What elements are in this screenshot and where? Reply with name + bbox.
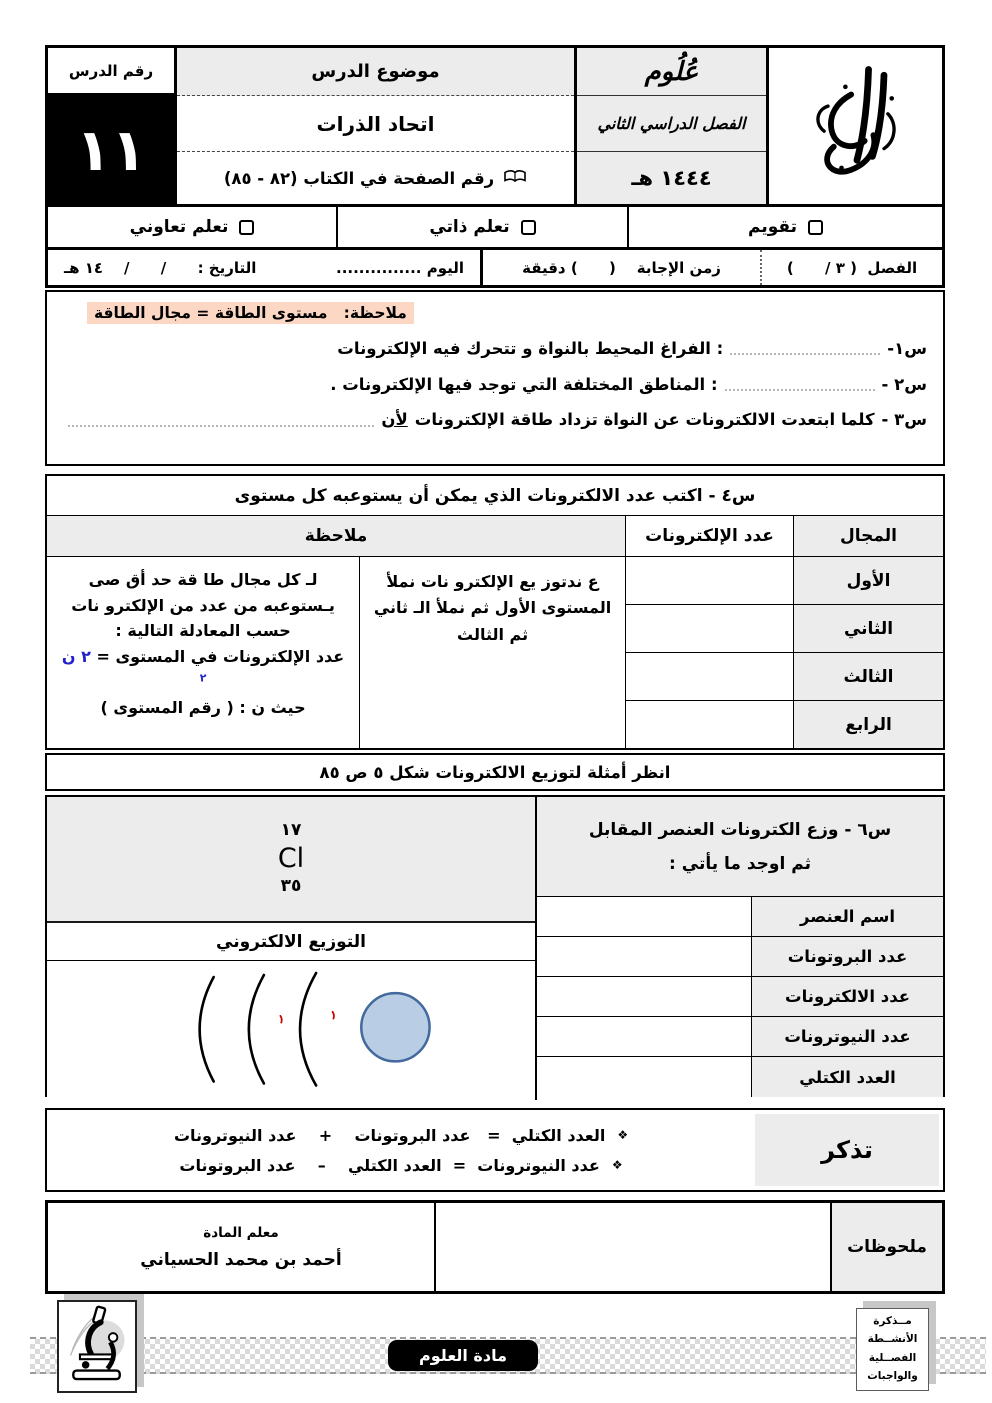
questions-box: ملاحظة: مستوى الطاقة = مجال الطاقة س١- :… [45,290,945,466]
q3-answer-blank[interactable] [68,414,374,427]
teacher-name: أحمد بن محمد الحسياني [140,1250,341,1270]
remember-line-1: ❖ العدد الكتلي = عدد البروتونات + عدد ال… [47,1126,755,1145]
red-mark-1 [332,1011,334,1019]
q6-row-element-name: اسم العنصر [537,897,943,937]
q4-header-note: ملاحظة [47,516,625,556]
subject-name: عُلُوم [577,48,766,96]
q4-electrons-cell-1[interactable] [625,556,793,604]
cooperative-learning-checkbox[interactable] [239,220,254,235]
q3-label: س٣ - [882,410,927,429]
answer-time-field[interactable]: زمن الإجابة ( ) دقيقة [480,250,760,285]
day-field[interactable]: اليوم ............... [336,259,464,277]
q6-electrons-cell[interactable] [537,977,751,1016]
mode-self-learning: تعلم ذاتي [336,207,627,247]
info-row: الفصل ( ٣ / ) زمن الإجابة ( ) دقيقة اليو… [45,247,945,288]
q1-text: : الفراغ المحيط بالنواة و تتحرك فيه الإل… [337,339,723,358]
self-learning-label: تعلم ذاتي [429,217,509,237]
page-ref-text: رقم الصفحة في الكتاب (٨٢ - ٨٥) [224,169,494,188]
q6-row-electrons: عدد الالكترونات [537,977,943,1017]
remember-box: تذكر ❖ العدد الكتلي = عدد البروتونات + ع… [45,1108,945,1192]
page-ref-row: رقم الصفحة في الكتاب (٨٢ - ٨٥) [177,152,574,204]
self-learning-checkbox[interactable] [521,220,536,235]
q6-element-name-cell[interactable] [537,897,751,936]
q6-right-column: س٦ - وزع الكترونات العنصر المقابل ثم اوج… [535,797,943,1100]
evaluation-label: تقويم [748,217,797,237]
question-1: س١- : الفراغ المحيط بالنواة و تتحرك فيه … [61,339,927,358]
shell-arc-1 [300,973,316,1085]
q4-header-level: المجال [793,516,943,556]
teacher-label: معلم المادة [203,1225,279,1241]
q2-answer-blank[interactable] [725,378,875,391]
lesson-number-column: رقم الدرس ١١ [48,48,174,204]
microscope-box [57,1300,137,1393]
remember-line-2: ❖ عدد النيوترونات = العدد الكتلي – عدد ا… [47,1156,755,1175]
memo-line: الفصــلية [857,1349,928,1367]
header-table: عُلُوم الفصل الدراسي الثاني ١٤٤٤ هـ موضو… [45,45,945,207]
atom-shells-drawing [47,961,535,1100]
element-symbol: Cl [278,843,304,875]
q6-title-line1: س٦ - وزع الكترونات العنصر المقابل [589,813,891,847]
school-logo-calligraphy-icon [781,54,931,198]
q6-left-column: ١٧ Cl ٣٥ التوزيع الالكتروني [47,797,535,1100]
q6-row-protons: عدد البروتونات [537,937,943,977]
remember-label: تذكر [755,1114,939,1186]
hijri-year: ١٤٤٤ هـ [577,152,766,204]
notes-label: ملحوظات [830,1203,942,1291]
cooperative-learning-label: تعلم تعاوني [130,217,229,237]
q6-mass-number-cell[interactable] [537,1057,751,1097]
question-3: س٣ - كلما ابتعدت الالكترونات عن النواة ت… [61,410,927,429]
q6-block: س٦ - وزع الكترونات العنصر المقابل ثم اوج… [45,795,945,1097]
q2-label: س٢ - [882,375,927,394]
distribution-label: التوزيع الالكتروني [47,923,535,961]
q3-text: كلما ابتعدت الالكترونات عن النواة تزداد … [415,410,875,429]
semester: الفصل الدراسي الثاني [577,96,766,152]
q6-title-line2: ثم اوجد ما يأتي : [669,847,811,881]
q4-note-intro: لـ كل مجال طا قة حد أق صى يـستوعبه من عد… [71,570,335,640]
q4-electrons-cell-3[interactable] [625,652,793,700]
q4-note-left-text: لـ كل مجال طا قة حد أق صى يـستوعبه من عد… [47,557,359,748]
energy-note-highlight: ملاحظة: مستوى الطاقة = مجال الطاقة [87,302,414,324]
q1-label: س١- [887,339,927,358]
mass-number: ٣٥ [281,875,302,899]
mode-cooperative-learning: تعلم تعاوني [48,207,336,247]
microscope-icon [61,1302,133,1391]
topic-column: موضوع الدرس اتحاد الذرات رقم الصفحة في ا… [174,48,574,204]
atom-diagram[interactable] [47,961,535,1100]
q6-protons-cell[interactable] [537,937,751,976]
q4-table: س٤ - اكتب عدد الالكترونات الذي يمكن أن ي… [45,474,945,750]
mode-evaluation: تقويم [627,207,942,247]
memo-line: الأنشــطة [857,1330,928,1348]
lesson-number-label: رقم الدرس [48,48,174,96]
q6-row-neutrons: عدد النيوترونات [537,1017,943,1057]
diamond-bullet-icon: ❖ [612,1158,623,1172]
q4-grid: المجال عدد الإلكترونات ملاحظة ع ندتوز يع… [47,516,943,748]
q6-title: س٦ - وزع الكترونات العنصر المقابل ثم اوج… [537,797,943,897]
topic-label: موضوع الدرس [177,48,574,96]
question-2: س٢ - : المناطق المختلفة التي توجد فيها ا… [61,375,927,394]
memo-line: مــذكرة [857,1312,928,1330]
q6-row-mass-number: العدد الكتلي [537,1057,943,1097]
shell-arc-3 [200,977,214,1081]
teacher-cell: معلم المادة أحمد بن محمد الحسياني [48,1203,434,1291]
class-field[interactable]: الفصل ( ٣ / ) [760,250,942,285]
lesson-number-value: ١١ [48,96,174,204]
subject-column: عُلُوم الفصل الدراسي الثاني ١٤٤٤ هـ [574,48,766,204]
atomic-number: ١٧ [281,819,302,843]
q2-text: : المناطق المختلفة التي توجد فيها الإلكت… [330,375,717,394]
q4-formula: عدد الإلكترونات في المستوى = ٢ ن ٢ [62,647,344,692]
date-field[interactable]: التاريخ : / / ١٤ هـ [64,259,256,277]
q4-level-2: الثاني [793,604,943,652]
topic-value: اتحاد الذرات [177,96,574,152]
q4-note-outro: حيث ن : ( رقم المستوى ) [101,698,306,717]
school-logo [766,48,942,204]
signature-row: ملحوظات معلم المادة أحمد بن محمد الحسيان… [45,1200,945,1294]
q4-level-3: الثالث [793,652,943,700]
day-date-field: اليوم ............... التاريخ : / / ١٤ ه… [48,250,480,285]
q4-note-right-text: ع ندتوز يع الإلكترو نات نملأ المستوى الأ… [359,557,625,748]
q4-level-1: الأول [793,556,943,604]
see-examples-strip: انظر أمثلة لتوزيع الالكترونات شكل ٥ ص ٨٥ [45,753,945,791]
diamond-bullet-icon: ❖ [617,1128,628,1142]
open-book-icon [503,169,527,188]
shell-arc-2 [249,975,264,1083]
subject-banner: مادة العلوم [388,1340,538,1371]
memo-box: مــذكرة الأنشــطة الفصــلية والواجبات [856,1308,929,1391]
q4-note-body: ع ندتوز يع الإلكترو نات نملأ المستوى الأ… [47,556,625,748]
q4-header-electrons: عدد الإلكترونات [625,516,793,556]
q4-electrons-cell-4[interactable] [625,700,793,748]
learning-modes-row: تقويم تعلم ذاتي تعلم تعاوني [45,204,945,250]
q4-electrons-cell-2[interactable] [625,604,793,652]
q1-answer-blank[interactable] [730,342,880,355]
q6-neutrons-cell[interactable] [537,1017,751,1056]
memo-line: والواجبات [857,1367,928,1385]
q3-keyword: لأن [381,410,407,429]
q4-level-4: الرابع [793,700,943,748]
remember-lines: ❖ العدد الكتلي = عدد البروتونات + عدد ال… [47,1110,755,1190]
element-notation: ١٧ Cl ٣٥ [47,797,535,923]
nucleus-circle [361,993,429,1061]
worksheet: عُلُوم الفصل الدراسي الثاني ١٤٤٤ هـ موضو… [45,45,945,1294]
notes-empty-cell[interactable] [434,1203,830,1291]
q4-title: س٤ - اكتب عدد الالكترونات الذي يمكن أن ي… [47,476,943,516]
red-mark-2 [280,1015,282,1023]
evaluation-checkbox[interactable] [808,220,823,235]
